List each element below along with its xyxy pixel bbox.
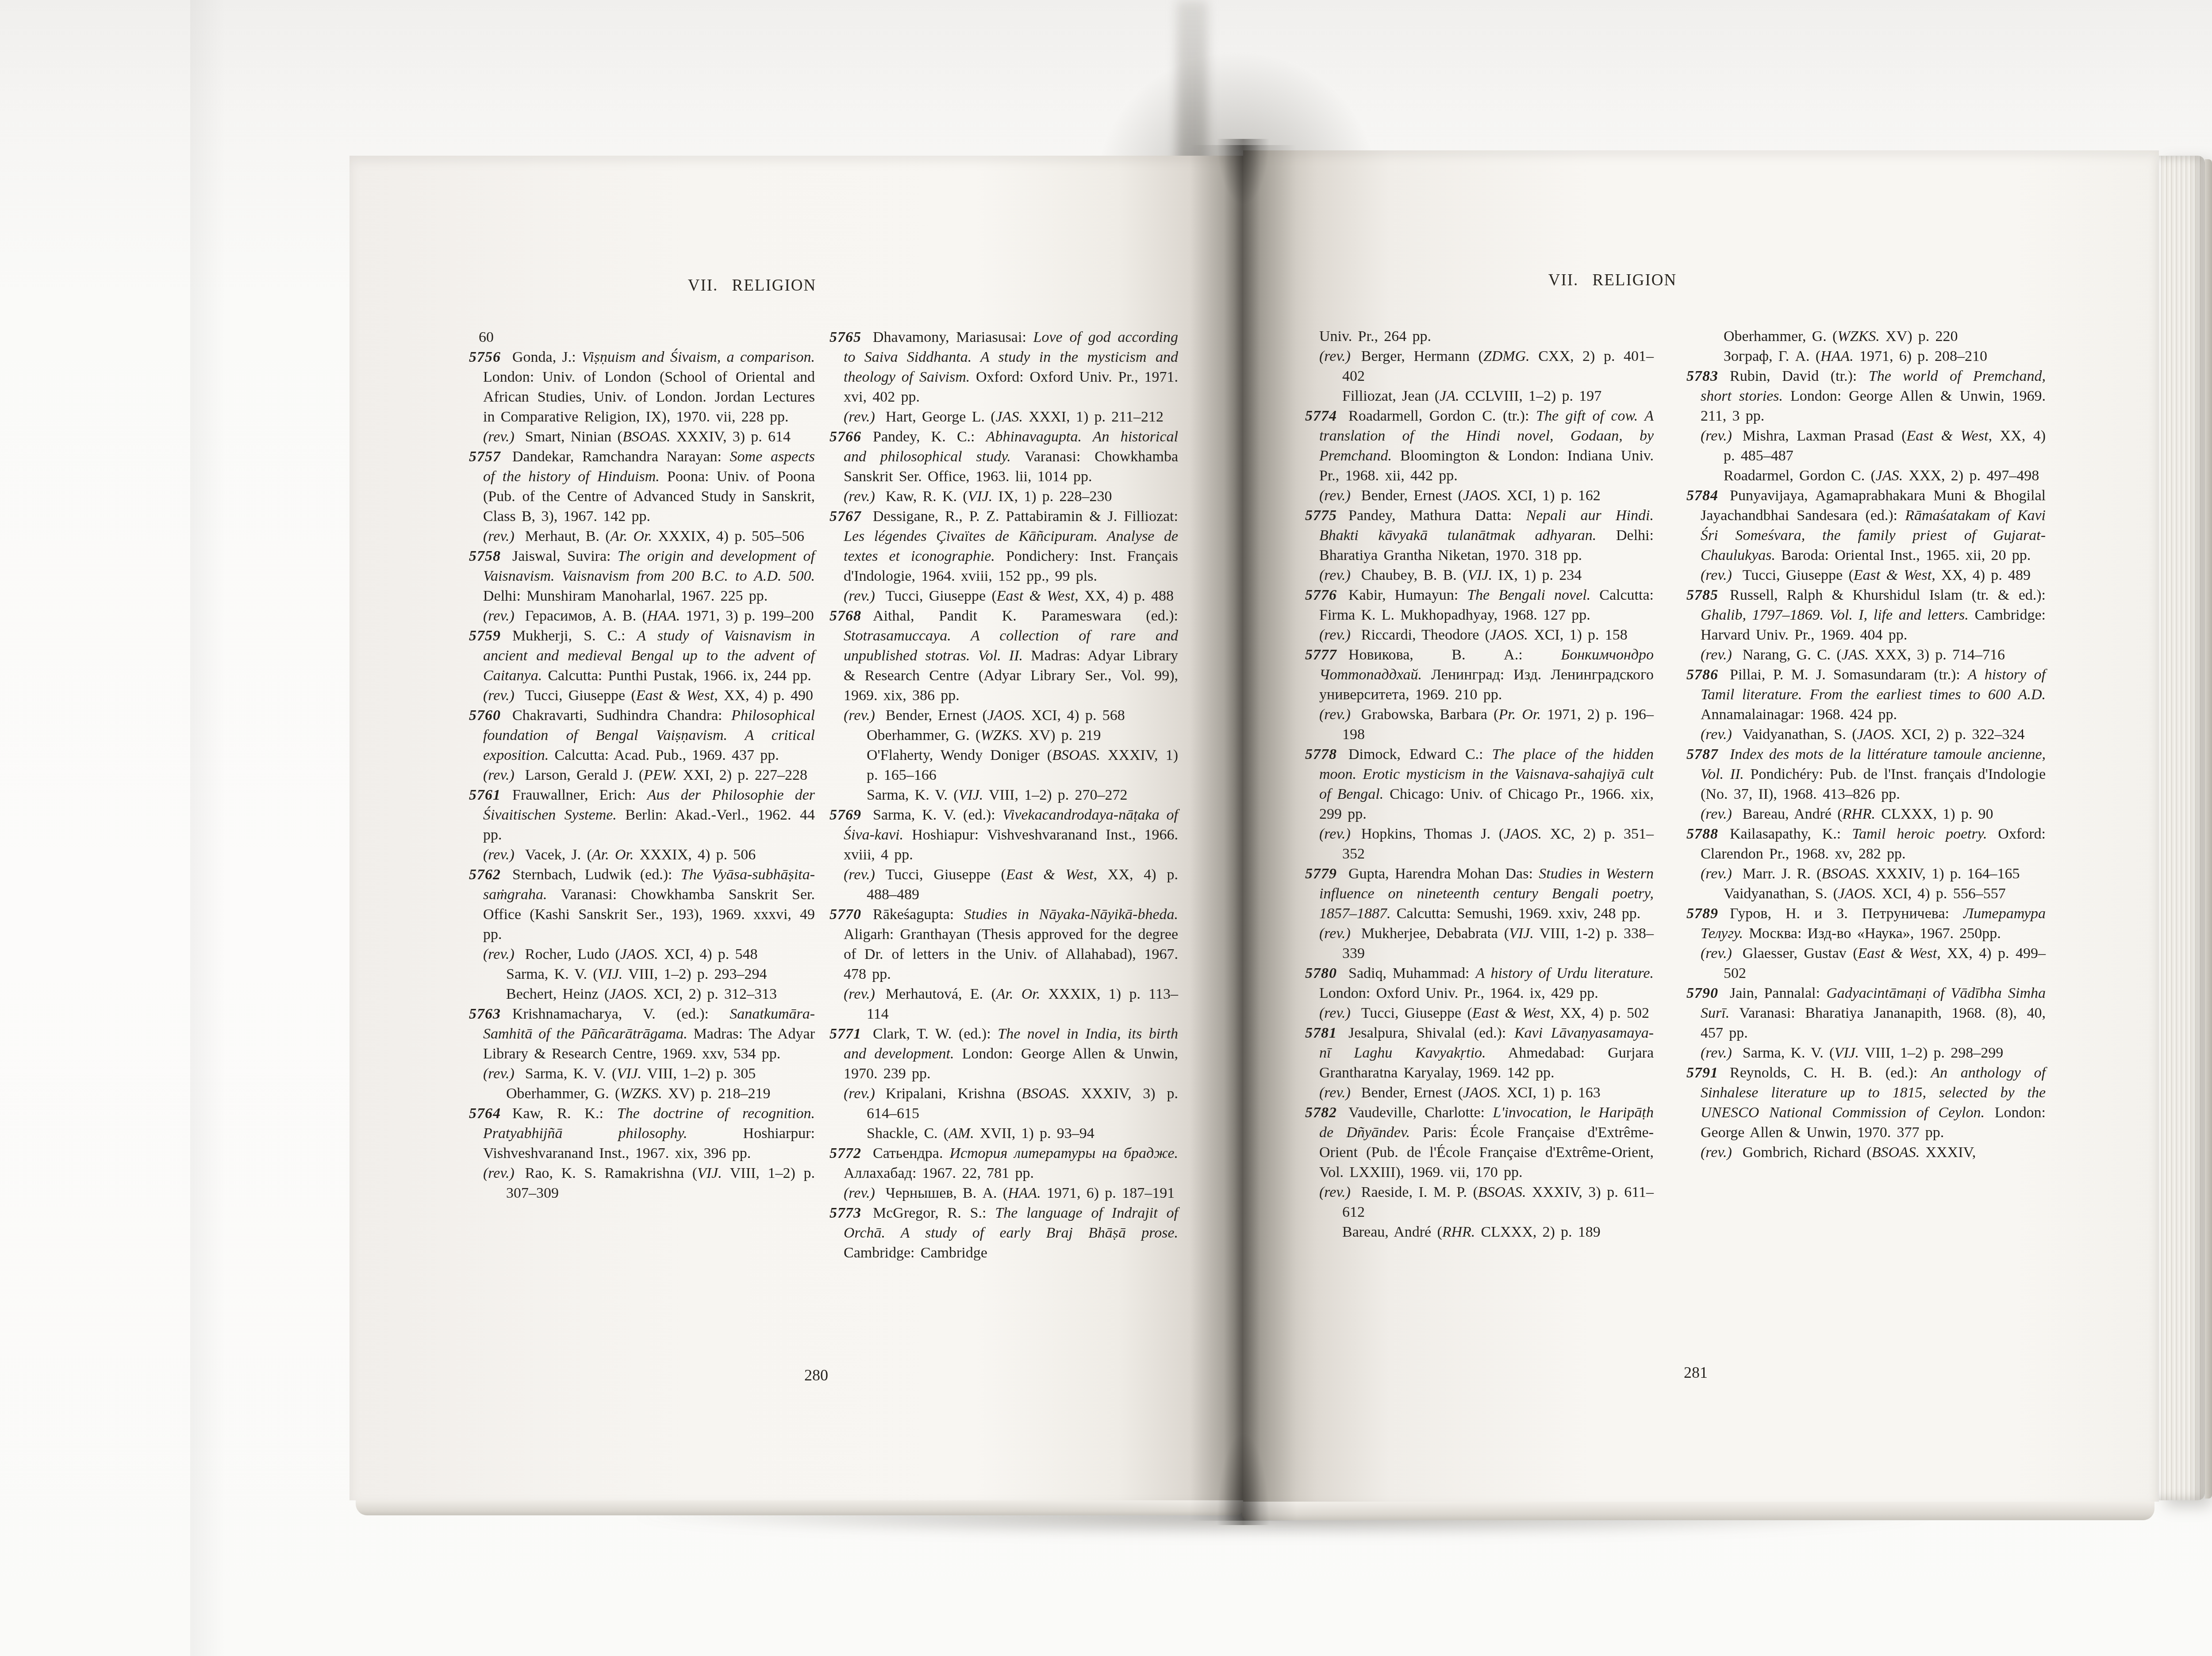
text: Москва: Изд-во «Наука», 1967. 250pp. — [1743, 925, 2001, 942]
bibliography-entry-5785: 5785Russell, Ralph & Khurshidul Islam (t… — [1686, 585, 2046, 645]
text: Krishnamacharya, V. (ed.): — [512, 1006, 730, 1022]
bibliography-entry-5782: 5782Vaudeville, Charlotte: L'invocation,… — [1305, 1103, 1654, 1182]
italic-text: RHR. — [1843, 806, 1876, 822]
text: Delhi: Munshiram Manoharlal, 1967. 225 p… — [483, 588, 768, 604]
text: Mukherjee, Debabrata ( — [1361, 925, 1509, 942]
text: Rākeśagupta: — [873, 906, 964, 923]
text: Sarma, K. V. ( — [1743, 1045, 1835, 1061]
bibliography-entry-5769: 5769Sarma, K. V. (ed.): Vivekacandrodaya… — [829, 805, 1178, 865]
entry-number: 5791 — [1686, 1065, 1718, 1081]
italic-text: AM. — [949, 1125, 974, 1142]
text: London: Univ. of London (School of Orien… — [483, 369, 815, 425]
review-line: (rev.)Vaidyanathan, S. (JAOS. XCI, 2) p.… — [1686, 724, 2046, 744]
text: Kailasapathy, K.: — [1730, 826, 1852, 842]
page-number-right: 281 — [1684, 1363, 1708, 1382]
review-line: (rev.)Merhautová, E. (Ar. Or. XXXIX, 1) … — [829, 984, 1178, 1024]
italic-text: BSOAS. — [1872, 1144, 1920, 1161]
text: XXXIV, 1) p. 164–165 — [1870, 866, 2020, 882]
text: Dandekar, Ramchandra Narayan: — [512, 448, 730, 465]
book-cover-edge — [2205, 159, 2212, 1499]
entry-number: 5789 — [1686, 905, 1718, 922]
text: Чернышев, В. А. ( — [886, 1185, 1008, 1201]
bibliography-entry-5765: 5765Dhavamony, Mariasusai: Love of god a… — [829, 327, 1178, 407]
review-line: Oberhammer, G. (WZKS. XV) p. 220 — [1686, 326, 2046, 346]
entry-number: 5779 — [1305, 866, 1337, 882]
text: Tucci, Giuseppe ( — [525, 687, 636, 704]
rev-label: (rev.) — [1701, 726, 1732, 743]
text: Mishra, Laxman Prasad ( — [1743, 428, 1907, 444]
text: Vaidyanathan, S. ( — [1743, 726, 1857, 743]
italic-text: PEW. — [644, 767, 677, 783]
entry-number: 5764 — [469, 1105, 501, 1122]
text: Roadarmell, Gordon C. (tr.): — [1348, 408, 1536, 424]
text: Univ. Pr., 264 pp. — [1319, 328, 1431, 345]
review-line: (rev.)Bender, Ernest (JAOS. XCI, 4) p. 5… — [829, 705, 1178, 725]
text: XVII, 1) p. 93–94 — [974, 1125, 1094, 1142]
text: Filliozat, Jean ( — [1342, 388, 1440, 404]
italic-text: Tamil heroic poetry. — [1852, 826, 1987, 842]
entry-number: 5788 — [1686, 826, 1718, 842]
text: Rocher, Ludo ( — [525, 946, 620, 962]
text: XV) p. 218–219 — [662, 1085, 771, 1102]
bibliography-entry-5786: 5786Pillai, P. M. J. Somasundaram (tr.):… — [1686, 665, 2046, 724]
bibliography-entry-5781: 5781Jesalpura, Shivalal (ed.): Kavi Lāva… — [1305, 1023, 1654, 1083]
text: Shackle, C. ( — [867, 1125, 949, 1142]
review-line: (rev.)Vacek, J. (Ar. Or. XXXIX, 4) p. 50… — [469, 845, 815, 865]
review-line: Shackle, C. (AM. XVII, 1) p. 93–94 — [829, 1123, 1178, 1143]
entry-number: 5784 — [1686, 487, 1718, 504]
rev-label: (rev.) — [483, 687, 515, 704]
italic-text: East & West — [1858, 945, 1937, 962]
text: Bender, Ernest ( — [886, 707, 987, 724]
page-right: VII. RELIGION Univ. Pr., 264 pp.(rev.)Be… — [1243, 150, 2159, 1502]
photo-background: VII. RELIGION 605756Gonda, J.: Viṣṇuism … — [0, 0, 2212, 1656]
text: XCI, 2) p. 322–324 — [1895, 726, 2025, 743]
italic-text: ZDMG. — [1483, 348, 1530, 364]
text: XXXIV, 3) p. 614 — [670, 429, 791, 445]
bibliography-entry-5771: 5771Clark, T. W. (ed.): The novel in Ind… — [829, 1024, 1178, 1084]
rev-label: (rev.) — [844, 588, 875, 604]
review-line: (rev.)Sarma, K. V. (VIJ. VIII, 1–2) p. 3… — [469, 1064, 815, 1084]
italic-text: JAOS. — [620, 946, 658, 962]
text: , XX, 4) p. 502 — [1550, 1005, 1649, 1021]
text: 1971, 6) p. 187–191 — [1041, 1185, 1175, 1201]
text: Berger, Hermann ( — [1361, 348, 1483, 364]
text: Chaubey, B. B. ( — [1361, 567, 1468, 583]
entry-number: 5783 — [1686, 368, 1718, 384]
rev-label: (rev.) — [844, 866, 875, 883]
review-line: (rev.)Marr. J. R. (BSOAS. XXXIV, 1) p. 1… — [1686, 864, 2046, 884]
italic-text: JAOS. — [1463, 487, 1501, 504]
rev-label: (rev.) — [1701, 806, 1732, 822]
entry-number: 5758 — [469, 548, 501, 564]
review-line: (rev.)Mishra, Laxman Prasad (East & West… — [1686, 426, 2046, 466]
review-line: (rev.)Bender, Ernest (JAOS. XCI, 1) p. 1… — [1305, 1083, 1654, 1103]
italic-text: East & West — [1006, 866, 1094, 883]
italic-text: A history of Urdu literature. — [1475, 965, 1654, 981]
text: 1971, 6) p. 208–210 — [1854, 348, 1987, 364]
review-line: (rev.)Rao, K. S. Ramakrishna (VIJ. VIII,… — [469, 1163, 815, 1203]
text: Kaw, R. K. ( — [886, 488, 968, 505]
text: Сатьендра. — [873, 1145, 949, 1161]
bibliography-entry-5775: 5775Pandey, Mathura Datta: Nepali aur Hi… — [1305, 506, 1654, 565]
text: McGregor, R. S.: — [873, 1205, 995, 1221]
entry-number: 5780 — [1305, 965, 1337, 981]
page-header-left: VII. RELIGION — [688, 276, 817, 295]
text: Gonda, J.: — [512, 349, 582, 365]
text: Clark, T. W. (ed.): — [873, 1026, 998, 1042]
italic-text: VIJ. — [617, 1066, 641, 1082]
text: Kaw, R. K.: — [512, 1105, 617, 1122]
text: Gombrich, Richard ( — [1743, 1144, 1872, 1161]
text: XCI, 4) p. 556–557 — [1876, 885, 2006, 902]
review-line: Oberhammer, G. (WZKS. XV) p. 219 — [829, 725, 1178, 745]
bibliography-entry-5774: 5774Roadarmell, Gordon C. (tr.): The gif… — [1305, 406, 1654, 486]
bibliography-entry-5787: 5787Index des mots de la littérature tam… — [1686, 744, 2046, 804]
entry-number: 5760 — [469, 707, 501, 724]
rev-label: (rev.) — [483, 1066, 515, 1082]
review-line: (rev.)Tucci, Giuseppe (East & West, XX, … — [829, 586, 1178, 606]
text: Oberhammer, G. ( — [867, 727, 980, 744]
text: Jaiswal, Suvira: — [512, 548, 618, 564]
review-line: O'Flaherty, Wendy Doniger (BSOAS. XXXIV,… — [829, 745, 1178, 785]
italic-text: East & West — [1854, 567, 1932, 583]
rev-label: (rev.) — [1319, 567, 1351, 583]
text: Varanasi: Bharatiya Jananapith, 1968. (8… — [1701, 1005, 2046, 1041]
italic-text: WZKS. — [980, 727, 1022, 744]
text: Raeside, I. M. P. ( — [1361, 1184, 1478, 1200]
bibliography-entry-5790: 5790Jain, Pannalal: Gadyacintāmaṇi of Vā… — [1686, 983, 2046, 1043]
italic-text: Ar. Or. — [996, 986, 1041, 1002]
text: O'Flaherty, Wendy Doniger ( — [867, 747, 1052, 763]
review-line: (rev.)Raeside, I. M. P. (BSOAS. XXXIV, 3… — [1305, 1182, 1654, 1222]
rev-label: (rev.) — [483, 1165, 515, 1181]
italic-text: VIJ. — [1509, 925, 1534, 942]
text: , XX, 4) p. 490 — [714, 687, 813, 704]
text: CLXXX, 1) p. 90 — [1875, 806, 1993, 822]
text: XXXI, 1) p. 211–212 — [1023, 409, 1164, 425]
text: VIII, 1–2) p. 270–272 — [983, 787, 1127, 803]
text: Tucci, Giuseppe ( — [886, 866, 1006, 883]
rev-label: (rev.) — [844, 986, 875, 1002]
text: Новикова, В. А.: — [1348, 647, 1561, 663]
italic-text: JA. — [1440, 388, 1459, 404]
column-1: 605756Gonda, J.: Viṣṇuism and Śivaism, a… — [469, 327, 815, 1203]
entry-number: 5776 — [1305, 587, 1337, 603]
text: Bareau, André ( — [1743, 806, 1843, 822]
bibliography-entry-5764: 5764Kaw, R. K.: The doctrine of recognit… — [469, 1104, 815, 1163]
text: Aithal, Pandit K. Parameswara (ed.): — [873, 608, 1178, 624]
review-line: (rev.)Tucci, Giuseppe (East & West, XX, … — [1686, 565, 2046, 585]
text: Sarma, K. V. (ed.): — [873, 807, 1002, 823]
text: Calcutta: Acad. Pub., 1969. 437 pp. — [549, 747, 779, 763]
bibliography-entry-5756: 5756Gonda, J.: Viṣṇuism and Śivaism, a c… — [469, 347, 815, 427]
text: Sarma, K. V. ( — [506, 966, 598, 982]
text: Bender, Ernest ( — [1361, 1085, 1463, 1101]
text: Sarma, K. V. ( — [525, 1066, 617, 1082]
rev-label: (rev.) — [483, 847, 515, 863]
rev-label: (rev.) — [844, 1085, 875, 1102]
review-line: (rev.)Hart, George L. (JAS. XXXI, 1) p. … — [829, 407, 1178, 427]
review-line: (rev.)Tucci, Giuseppe (East & West, XX, … — [1305, 1003, 1654, 1023]
review-line: Bechert, Heinz (JAOS. XCI, 2) p. 312–313 — [469, 984, 815, 1004]
text: Hart, George L. ( — [886, 409, 996, 425]
entry-number: 5782 — [1305, 1104, 1337, 1121]
italic-text: RHR. — [1442, 1224, 1475, 1240]
italic-text: BSOAS. — [1022, 1085, 1070, 1102]
italic-text: HAA. — [647, 608, 680, 624]
text: Roadarmel, Gordon C. ( — [1724, 468, 1876, 484]
rev-label: (rev.) — [1319, 826, 1351, 842]
text: XCI, 1) p. 163 — [1501, 1085, 1601, 1101]
entry-number: 5772 — [829, 1145, 861, 1161]
italic-text: Ar. Or. — [592, 847, 634, 863]
text: Bender, Ernest ( — [1361, 487, 1463, 504]
text: Hopkins, Thomas J. ( — [1361, 826, 1504, 842]
text: Aligarh: Granthayan (Thesis approved for… — [844, 926, 1178, 982]
entry-number: 5781 — [1305, 1025, 1337, 1041]
text: VIII, 1–2) p. 298–299 — [1859, 1045, 2003, 1061]
rev-label: (rev.) — [844, 707, 875, 724]
italic-text: История литературы на брадже. — [949, 1145, 1178, 1161]
text: 1971, 3) p. 199–200 — [680, 608, 814, 624]
page-edges-stack — [2159, 156, 2205, 1500]
rev-label: (rev.) — [1319, 487, 1351, 504]
italic-text: East & West — [636, 687, 714, 704]
bibliography-entry-5763: 5763Krishnamacharya, V. (ed.): Sanatkumā… — [469, 1004, 815, 1064]
rev-label: (rev.) — [844, 488, 875, 505]
italic-text: East & West — [1472, 1005, 1550, 1021]
text: Marr. J. R. ( — [1743, 866, 1822, 882]
text: Kripalani, Krishna ( — [886, 1085, 1022, 1102]
italic-text: East & West — [1907, 428, 1989, 444]
column-4: Oberhammer, G. (WZKS. XV) p. 220Зограф, … — [1686, 326, 2046, 1162]
entry-number: 5775 — [1305, 507, 1337, 524]
rev-label: (rev.) — [844, 1185, 875, 1201]
italic-text: JAOS. — [1463, 1085, 1501, 1101]
review-line: (rev.)Riccardi, Theodore (JAOS. XCI, 1) … — [1305, 625, 1654, 645]
text: IX, 1) p. 234 — [1492, 567, 1582, 583]
entry-number: 5757 — [469, 448, 501, 465]
text: Tucci, Giuseppe ( — [1361, 1005, 1472, 1021]
text: Sadiq, Muhammad: — [1348, 965, 1475, 981]
text: Pillai, P. M. J. Somasundaram (tr.): — [1730, 667, 1968, 683]
text: XCI, 4) p. 548 — [658, 946, 758, 962]
review-line: (rev.)Chaubey, B. B. (VIJ. IX, 1) p. 234 — [1305, 565, 1654, 585]
entry-number: 5774 — [1305, 408, 1337, 424]
rev-label: (rev.) — [1701, 647, 1732, 663]
review-line: (rev.)Sarma, K. V. (VIJ. VIII, 1–2) p. 2… — [1686, 1043, 2046, 1063]
review-line: Filliozat, Jean (JA. CCLVIII, 1–2) p. 19… — [1305, 386, 1654, 406]
text: Rubin, David (tr.): — [1730, 368, 1869, 384]
bibliography-entry-5779: 5779Gupta, Harendra Mohan Das: Studies i… — [1305, 864, 1654, 924]
bibliography-entry-5761: 5761Frauwallner, Erich: Aus der Philosop… — [469, 785, 815, 845]
italic-text: JAOS. — [1504, 826, 1542, 842]
review-line: (rev.)Bareau, André (RHR. CLXXX, 1) p. 9… — [1686, 804, 2046, 824]
text: Tucci, Giuseppe ( — [886, 588, 997, 604]
review-line: (rev.)Kaw, R. K. (VIJ. IX, 1) p. 228–230 — [829, 487, 1178, 506]
italic-text: JAOS. — [1838, 885, 1876, 902]
italic-text: JAS. — [1876, 468, 1903, 484]
catchword: 60 — [469, 327, 815, 347]
italic-text: VIJ. — [1467, 567, 1492, 583]
text: , XX, 4) p. 489 — [1932, 567, 2031, 583]
text: Гуров, Н. и З. Петруничева: — [1730, 905, 1963, 922]
text: XCI, 1) p. 158 — [1528, 627, 1628, 643]
text: Jain, Pannalal: — [1730, 985, 1826, 1001]
review-line: (rev.)Tucci, Giuseppe (East & West, XX, … — [469, 686, 815, 705]
italic-text: JAOS. — [1857, 726, 1895, 743]
text: XXI, 2) p. 227–228 — [677, 767, 807, 783]
text: Annamalainagar: 1968. 424 pp. — [1701, 706, 1897, 723]
review-line: (rev.)Merhaut, B. (Ar. Or. XXXIX, 4) p. … — [469, 526, 815, 546]
text: Vaidyanathan, S. ( — [1724, 885, 1838, 902]
entry-number: 5766 — [829, 429, 861, 445]
bibliography-entry-5766: 5766Pandey, K. C.: Abhinavagupta. An his… — [829, 427, 1178, 487]
text: Oberhammer, G. ( — [1724, 328, 1837, 345]
page-header-right: VII. RELIGION — [1548, 271, 1677, 290]
entry-number: 5773 — [829, 1205, 861, 1221]
rev-label: (rev.) — [1319, 1005, 1351, 1021]
text: Tucci, Giuseppe ( — [1743, 567, 1854, 583]
text: IX, 1) p. 228–230 — [992, 488, 1112, 505]
text: Grabowska, Barbara ( — [1361, 706, 1499, 723]
text: Rao, K. S. Ramakrishna ( — [525, 1165, 697, 1181]
bibliography-entry-5773: 5773McGregor, R. S.: The language of Ind… — [829, 1203, 1178, 1263]
text: Calcutta: Semushi, 1969. xxiv, 248 pp. — [1391, 905, 1641, 922]
italic-text: BSOAS. — [1478, 1184, 1526, 1200]
review-line: (rev.)Tucci, Giuseppe (East & West, XX, … — [829, 865, 1178, 905]
entry-number: 5778 — [1305, 746, 1337, 763]
entry-number: 5761 — [469, 787, 501, 803]
text: Narang, G. C. ( — [1743, 647, 1842, 663]
italic-text: BSOAS. — [1821, 866, 1870, 882]
review-line: Roadarmel, Gordon C. (JAS. XXX, 2) p. 49… — [1686, 466, 2046, 486]
text: Cambridge: Cambridge — [844, 1245, 987, 1261]
text: Oberhammer, G. ( — [506, 1085, 620, 1102]
entry-number: 5769 — [829, 807, 861, 823]
bibliography-entry-5768: 5768Aithal, Pandit K. Parameswara (ed.):… — [829, 606, 1178, 705]
bibliography-entry-5788: 5788Kailasapathy, K.: Tamil heroic poetr… — [1686, 824, 2046, 864]
italic-text: VIJ. — [968, 488, 993, 505]
entry-number: 5770 — [829, 906, 861, 923]
text: Larson, Gerald J. ( — [525, 767, 644, 783]
italic-text: WZKS. — [620, 1085, 662, 1102]
page-number-left: 280 — [804, 1366, 828, 1384]
text: Pondichéry: Pub. de l'Inst. français d'I… — [1701, 766, 2046, 802]
text: Reynolds, C. H. B. (ed.): — [1730, 1065, 1931, 1081]
italic-text: Viṣṇuism and Śivaism, a comparison. — [582, 349, 815, 365]
text: Bareau, André ( — [1342, 1224, 1442, 1240]
text: Riccardi, Theodore ( — [1361, 627, 1490, 643]
review-line: (rev.)Bender, Ernest (JAOS. XCI, 1) p. 1… — [1305, 486, 1654, 506]
rev-label: (rev.) — [1701, 945, 1732, 962]
review-line: Oberhammer, G. (WZKS. XV) p. 218–219 — [469, 1084, 815, 1104]
text: XXX, 3) p. 714–716 — [1869, 647, 2005, 663]
rev-label: (rev.) — [1319, 348, 1351, 364]
bibliography-entry-5758: 5758Jaiswal, Suvira: The origin and deve… — [469, 546, 815, 606]
bibliography-entry-5783: 5783Rubin, David (tr.): The world of Pre… — [1686, 366, 2046, 426]
text: Vacek, J. ( — [525, 847, 592, 863]
entry-number: 5777 — [1305, 647, 1337, 663]
italic-text: VIJ. — [1834, 1045, 1859, 1061]
entry-number: 5765 — [829, 329, 861, 345]
text: Sarma, K. V. ( — [867, 787, 959, 803]
review-line: (rev.)Narang, G. C. (JAS. XXX, 3) p. 714… — [1686, 645, 2046, 665]
review-line: (rev.)Gombrich, Richard (BSOAS. XXXIV, — [1686, 1142, 2046, 1162]
bibliography-entry-5760: 5760Chakravarti, Sudhindra Chandra: Phil… — [469, 705, 815, 765]
italic-text: JAS. — [996, 409, 1023, 425]
review-line: (rev.)Rocher, Ludo (JAOS. XCI, 4) p. 548 — [469, 944, 815, 964]
italic-text: JAOS. — [987, 707, 1025, 724]
text: Аллахабад: 1967. 22, 781 pp. — [844, 1165, 1034, 1181]
entry-number: 5790 — [1686, 985, 1718, 1001]
text: Merhautová, E. ( — [886, 986, 996, 1002]
review-line: (rev.)Kripalani, Krishna (BSOAS. XXXIV, … — [829, 1084, 1178, 1123]
text: Kabir, Humayun: — [1348, 587, 1467, 603]
rev-label: (rev.) — [483, 946, 515, 962]
italic-text: Ar. Or. — [610, 528, 652, 544]
italic-text: VIJ. — [959, 787, 983, 803]
italic-text: JAOS. — [1490, 627, 1528, 643]
review-line: Sarma, K. V. (VIJ. VIII, 1–2) p. 270–272 — [829, 785, 1178, 805]
text: XXXIV, — [1920, 1144, 1976, 1161]
text: Calcutta: Punthi Pustak, 1966. ix, 244 p… — [542, 667, 811, 684]
entry-number: 5756 — [469, 349, 501, 365]
italic-text: VIJ. — [697, 1165, 722, 1181]
rev-label: (rev.) — [1319, 706, 1351, 723]
rev-label: (rev.) — [1701, 428, 1732, 444]
bibliography-entry-5767: 5767Dessigane, R., P. Z. Pattabiramin & … — [829, 506, 1178, 586]
italic-text: HAA. — [1008, 1185, 1041, 1201]
entry-number: 5787 — [1686, 746, 1718, 763]
text: Baroda: Oriental Inst., 1965. xii, 20 pp… — [1775, 547, 2031, 563]
text: CCLVIII, 1–2) p. 197 — [1459, 388, 1601, 404]
bibliography-entry-5789: 5789Гуров, Н. и З. Петруничева: Литерату… — [1686, 904, 2046, 943]
rev-label: (rev.) — [1319, 925, 1351, 942]
text: Зограф, Г. А. ( — [1724, 348, 1820, 364]
italic-text: Pr. Or. — [1498, 706, 1540, 723]
text: XXX, 2) p. 497–498 — [1903, 468, 2039, 484]
text: Frauwallner, Erich: — [512, 787, 647, 803]
bibliography-entry-5791: 5791Reynolds, C. H. B. (ed.): An antholo… — [1686, 1063, 2046, 1142]
rev-label: (rev.) — [844, 409, 875, 425]
bibliography-entry-5770: 5770Rākeśagupta: Studies in Nāyaka-Nāyik… — [829, 905, 1178, 984]
italic-text: HAA. — [1820, 348, 1854, 364]
review-line: (rev.)Герасимов, А. В. (HAA. 1971, 3) p.… — [469, 606, 815, 626]
rev-label: (rev.) — [1319, 1184, 1351, 1200]
text: XXXIX, 4) p. 506 — [634, 847, 756, 863]
text: XCI, 4) p. 568 — [1025, 707, 1125, 724]
review-line: (rev.)Berger, Hermann (ZDMG. CXX, 2) p. … — [1305, 346, 1654, 386]
italic-text: JAOS. — [609, 986, 647, 1002]
text: Vaudeville, Charlotte: — [1348, 1104, 1493, 1121]
column-2: 5765Dhavamony, Mariasusai: Love of god a… — [829, 327, 1178, 1263]
text: London: Oxford Univ. Pr., 1964. ix, 429 … — [1319, 985, 1598, 1001]
bibliography-entry-5757: 5757Dandekar, Ramchandra Narayan: Some a… — [469, 447, 815, 526]
text: Glaesser, Gustav ( — [1743, 945, 1858, 962]
text: Bechert, Heinz ( — [506, 986, 609, 1002]
italic-text: Ghalib, 1797–1869. Vol. I, life and lett… — [1701, 607, 1969, 623]
review-line: (rev.)Чернышев, В. А. (HAA. 1971, 6) p. … — [829, 1183, 1178, 1203]
column-3: Univ. Pr., 264 pp.(rev.)Berger, Hermann … — [1305, 326, 1654, 1242]
review-line: (rev.)Grabowska, Barbara (Pr. Or. 1971, … — [1305, 705, 1654, 744]
italic-text: JAS. — [1842, 647, 1869, 663]
text: XCI, 2) p. 312–313 — [647, 986, 777, 1002]
text: VIII, 1–2) p. 305 — [641, 1066, 756, 1082]
entry-number: 5771 — [829, 1026, 861, 1042]
bibliography-entry-5759: 5759Mukherji, S. C.: A study of Vaisnavi… — [469, 626, 815, 686]
